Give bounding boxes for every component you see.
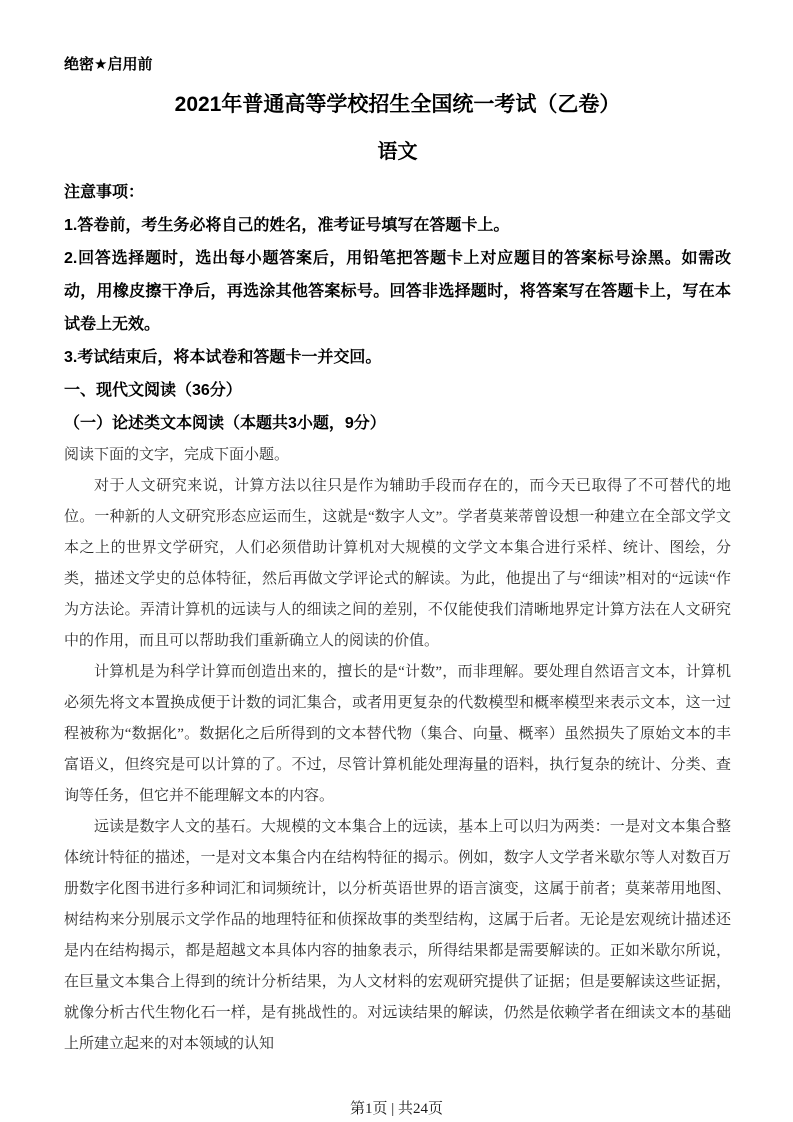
notice-item-3: 3.考试结束后，将本试卷和答题卡一并交回。 <box>64 341 731 374</box>
notice-section: 注意事项： 1.答卷前，考生务必将自己的姓名，准考证号填写在答题卡上。 2.回答… <box>64 176 731 374</box>
passage-paragraph-3: 远读是数字人文的基石。大规模的文本集合上的远读，基本上可以归为两类：一是对文本集… <box>64 812 731 1060</box>
notice-item-1: 1.答卷前，考生务必将自己的姓名，准考证号填写在答题卡上。 <box>64 209 731 242</box>
subject-title: 语文 <box>64 138 731 166</box>
exam-title: 2021年普通高等学校招生全国统一考试（乙卷） <box>64 90 731 120</box>
passage-body: 对于人文研究来说，计算方法以往只是作为辅助手段而存在的，而今天已取得了不可替代的… <box>64 471 731 1060</box>
passage-instruction: 阅读下面的文字，完成下面小题。 <box>64 440 731 471</box>
subsection-heading-argumentative-reading: （一）论述类文本阅读（本题共3小题，9分） <box>64 407 731 440</box>
page-number-footer: 第1页 | 共24页 <box>0 1097 793 1118</box>
exam-paper-page: 绝密★启用前 2021年普通高等学校招生全国统一考试（乙卷） 语文 注意事项： … <box>0 0 793 1122</box>
passage-paragraph-1: 对于人文研究来说，计算方法以往只是作为辅助手段而存在的，而今天已取得了不可替代的… <box>64 471 731 657</box>
passage-paragraph-2: 计算机是为科学计算而创造出来的，擅长的是“计数”，而非理解。要处理自然语言文本，… <box>64 657 731 812</box>
section-heading-modern-reading: 一、现代文阅读（36分） <box>64 374 731 407</box>
notice-heading: 注意事项： <box>64 176 731 209</box>
classification-label: 绝密★启用前 <box>64 54 731 76</box>
notice-item-2: 2.回答选择题时，选出每小题答案后，用铅笔把答题卡上对应题目的答案标号涂黑。如需… <box>64 242 731 341</box>
